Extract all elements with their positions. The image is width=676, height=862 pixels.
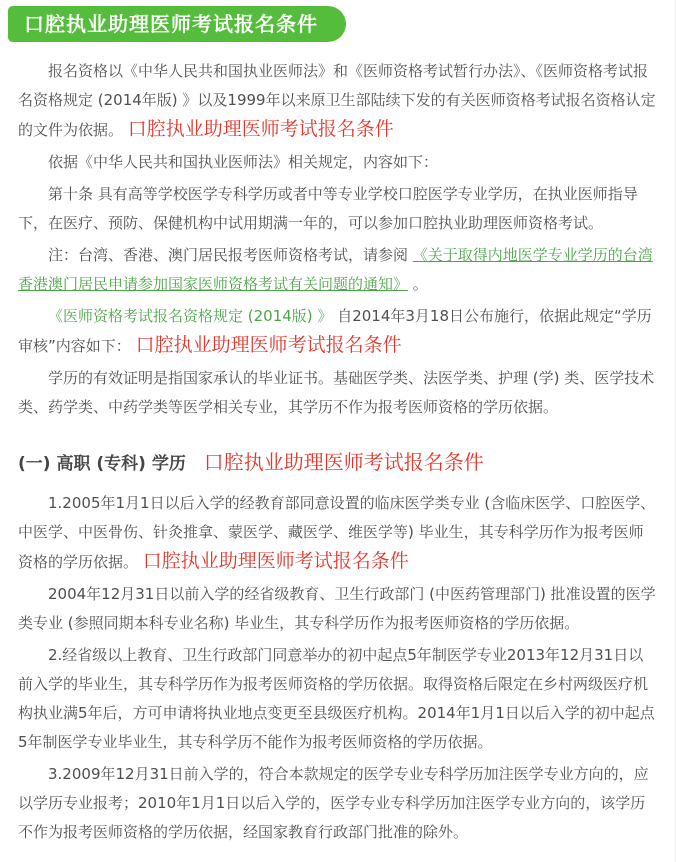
paragraph-text: 2.经省级以上教育、卫生行政部门同意举办的初中起点5年制医学专业2013年12月… (18, 646, 655, 751)
paragraph-item2: 2.经省级以上教育、卫生行政部门同意举办的初中起点5年制医学专业2013年12月… (18, 641, 657, 757)
section-heading-junior-college: (一) 高职 (专科) 学历 口腔执业助理医师考试报名条件 (18, 448, 657, 479)
section-heading-text: (一) 高职 (专科) 学历 (18, 454, 186, 474)
paragraph-diploma: 学历的有效证明是指国家承认的毕业证书。基础医学类、法医学类、护理 (学) 类、医… (18, 364, 657, 422)
paragraph-text: 学历的有效证明是指国家承认的毕业证书。基础医学类、法医学类、护理 (学) 类、医… (18, 369, 654, 416)
paragraph-text: 注：台湾、香港、澳门居民报考医师资格考试，请参阅 (48, 246, 408, 264)
paragraph-text: 第十条 具有高等学校医学专科学历或者中等专业学校口腔医学专业学历，在执业医师指导… (18, 185, 638, 232)
paragraph-article10: 第十条 具有高等学校医学专科学历或者中等专业学校口腔医学专业学历，在执业医师指导… (18, 180, 657, 238)
paragraph-basis: 依据《中华人民共和国执业医师法》相关规定，内容如下： (18, 148, 657, 177)
paragraph-text: 依据《中华人民共和国执业医师法》相关规定，内容如下： (48, 153, 438, 171)
keyword-link[interactable]: 口腔执业助理医师考试报名条件 (204, 450, 484, 474)
paragraph-text: 2004年12月31日以前入学的经省级教育、卫生行政部门 (中医药管理部门) 批… (18, 585, 656, 632)
page-title-badge: 口腔执业助理医师考试报名条件 (8, 6, 346, 42)
keyword-link[interactable]: 口腔执业助理医师考试报名条件 (143, 550, 409, 572)
keyword-link[interactable]: 口腔执业助理医师考试报名条件 (136, 334, 402, 356)
regulation-title: 《医师资格考试报名资格规定 (2014版) 》 (48, 307, 332, 325)
paragraph-note: 注：台湾、香港、澳门居民报考医师资格考试，请参阅 《关于取得内地医学专业学历的台… (18, 241, 657, 299)
article-body: 报名资格以《中华人民共和国执业医师法》和《医师资格考试暂行办法》、《医师资格考试… (0, 42, 675, 847)
paragraph-text: 3.2009年12月31日前入学的，符合本款规定的医学专业专科学历加注医学专业方… (18, 765, 649, 841)
paragraph-text: 。 (413, 275, 428, 293)
keyword-link[interactable]: 口腔执业助理医师考试报名条件 (128, 118, 394, 140)
paragraph-item1: 1.2005年1月1日以后入学的经教育部同意设置的临床医学类专业 (含临床医学、… (18, 489, 657, 577)
article-page: 口腔执业助理医师考试报名条件 报名资格以《中华人民共和国执业医师法》和《医师资格… (0, 0, 676, 862)
page-title: 口腔执业助理医师考试报名条件 (24, 12, 318, 36)
paragraph-item1b: 2004年12月31日以前入学的经省级教育、卫生行政部门 (中医药管理部门) 批… (18, 580, 657, 638)
paragraph-item3: 3.2009年12月31日前入学的，符合本款规定的医学专业专科学历加注医学专业方… (18, 760, 657, 847)
paragraph-regulation-2014: 《医师资格考试报名资格规定 (2014版) 》 自2014年3月18日公布施行，… (18, 302, 657, 361)
paragraph-intro: 报名资格以《中华人民共和国执业医师法》和《医师资格考试暂行办法》、《医师资格考试… (18, 57, 657, 145)
